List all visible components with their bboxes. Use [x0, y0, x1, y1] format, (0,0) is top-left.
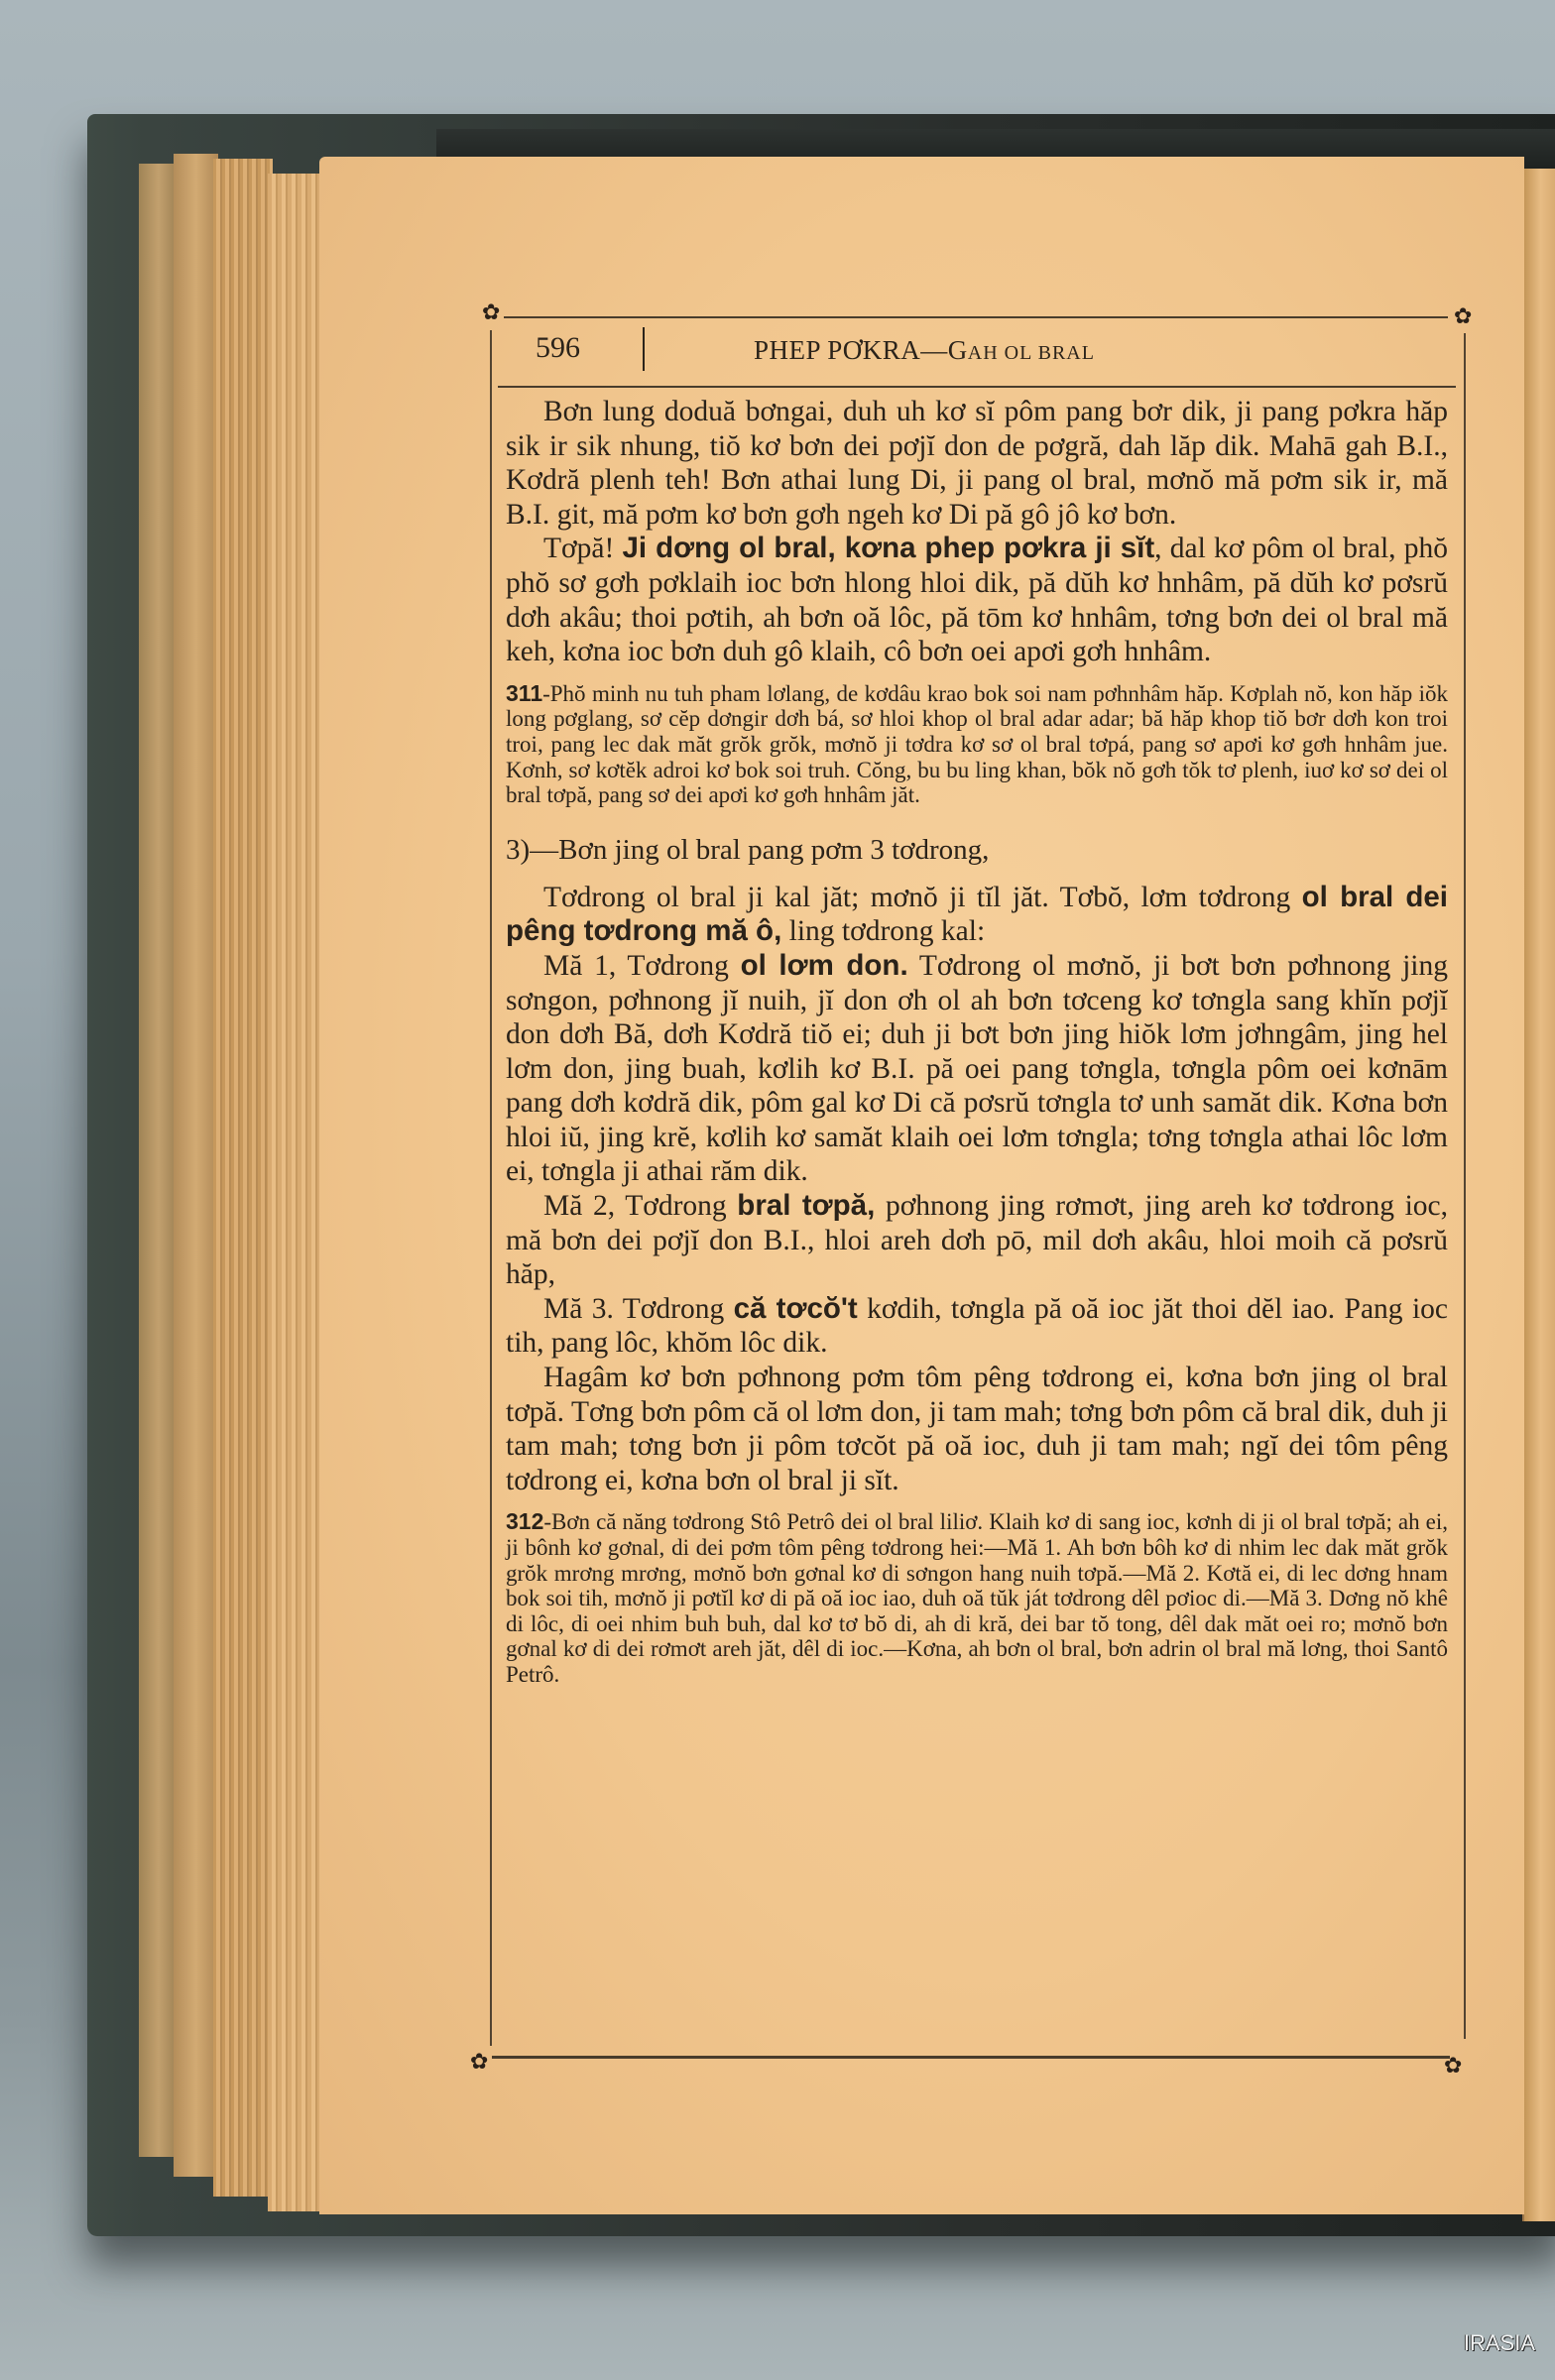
text-run: Tơdrong ol mơnŏ, ji bơt bơn pơhnong jing… [506, 950, 1448, 1188]
text-run: Tơpă! [543, 533, 622, 564]
footer-rule [492, 2056, 1450, 2059]
text-run: Mă 3. Tơdrong [543, 1293, 734, 1325]
running-header-main: PHEP PƠKRA—G [754, 335, 968, 365]
emphasis: că tơcŏ't [734, 1292, 858, 1325]
emphasis: bral tơpă, [737, 1189, 875, 1222]
flower-ornament-icon: ✿ [470, 2052, 488, 2074]
paragraph: Tơdrong ol bral ji kal jăt; mơnŏ ji tĭl … [506, 881, 1448, 949]
paragraph: Mă 3. Tơdrong că tơcŏ't kơdih, tơngla pă… [506, 1292, 1448, 1361]
facing-page-edge [1522, 169, 1555, 2221]
text-run: Mă 1, Tơdrong [543, 950, 741, 982]
footnote-312: 312-Bơn că năng tơdrong Stô Petrô dei ol… [506, 1509, 1448, 1687]
flower-ornament-icon: ✿ [482, 302, 500, 324]
page-stack-edge [213, 159, 273, 2197]
flower-ornament-icon: ✿ [1444, 2056, 1462, 2078]
footnote-311: 311-Phŏ minh nu tuh pham lơlang, de kơdâ… [506, 681, 1448, 808]
running-header-smallcaps: AH OL BRAL [968, 342, 1095, 364]
paragraph: Tơpă! Ji dơng ol bral, kơna phep pơkra j… [506, 532, 1448, 668]
note-number: 311 [506, 680, 542, 706]
watermark: IRASIA [1464, 2330, 1535, 2356]
text-run: Tơdrong ol bral ji kal jăt; mơnŏ ji tĭl … [543, 882, 1302, 913]
header-bottom-rule [498, 386, 1456, 388]
note-number: 312 [506, 1508, 543, 1534]
section-heading: 3)—Bơn jing ol bral pang pơm 3 tơdrong, [506, 834, 1448, 867]
page-stack-edge [139, 164, 179, 2157]
frame-right-line [1464, 333, 1466, 2039]
paragraph: Bơn lung doduă bơngai, duh uh kơ sĭ pôm … [506, 395, 1448, 532]
frame-left-line [490, 330, 492, 2046]
text-run: ling tơdrong kal: [781, 915, 985, 947]
emphasis: Ji dơng ol bral, kơna phep pơkra ji sĭt [622, 532, 1154, 564]
note-text: -Bơn că năng tơdrong Stô Petrô dei ol br… [506, 1509, 1448, 1687]
running-header: PHEP PƠKRA—GAH OL BRAL [754, 335, 1095, 366]
header-divider [643, 327, 645, 371]
page-body: Bơn lung doduă bơngai, duh uh kơ sĭ pôm … [506, 395, 1448, 1688]
paragraph: Mă 2, Tơdrong bral tơpă, pơhnong jing rơ… [506, 1189, 1448, 1292]
paragraph: Mă 1, Tơdrong ol lơm don. Tơdrong ol mơn… [506, 949, 1448, 1189]
emphasis: ol lơm don. [741, 949, 908, 982]
page-number: 596 [536, 331, 580, 365]
page-stack-edge [268, 174, 322, 2211]
page-stack-edge [174, 154, 218, 2177]
flower-ornament-icon: ✿ [1454, 306, 1472, 328]
paragraph: Hagâm kơ bơn pơhnong pơm tôm pêng tơdron… [506, 1361, 1448, 1497]
note-text: -Phŏ minh nu tuh pham lơlang, de kơdâu k… [506, 681, 1448, 807]
header-top-rule [504, 316, 1448, 318]
text-run: Mă 2, Tơdrong [543, 1190, 737, 1222]
